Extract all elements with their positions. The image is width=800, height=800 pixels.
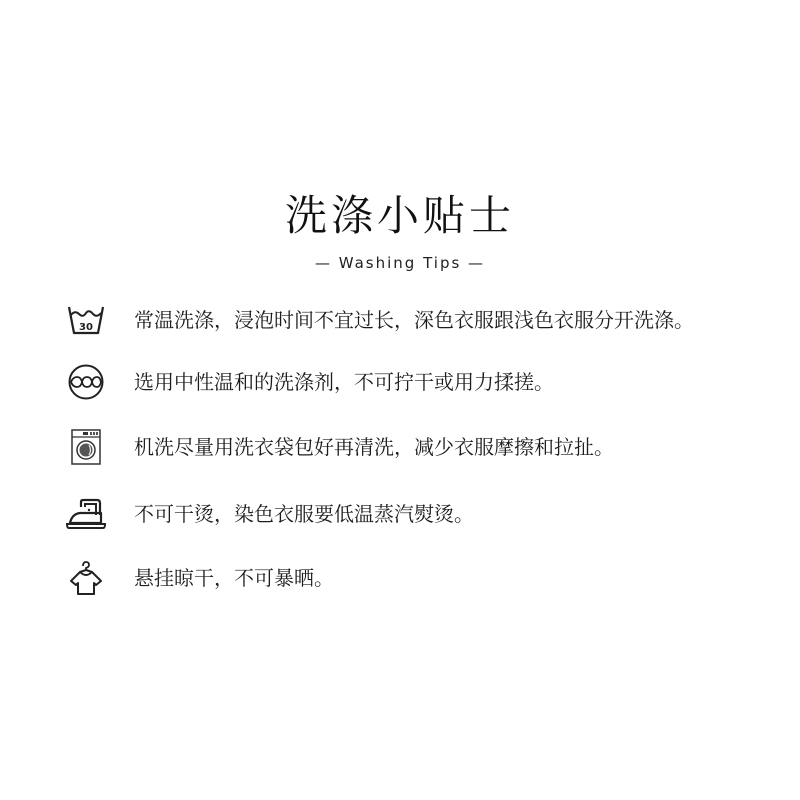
tip-item-wash-temperature: 30 常温洗涤，浸泡时间不宜过长，深色衣服跟浅色衣服分开洗涤。 xyxy=(62,300,694,340)
tip-item-detergent: 选用中性温和的洗涤剂，不可拧干或用力揉搓。 xyxy=(62,362,554,402)
tip-item-hang-dry: 悬挂晾干，不可暴晒。 xyxy=(62,558,334,598)
tip-text: 不可干烫，染色衣服要低温蒸汽熨烫。 xyxy=(134,494,474,534)
tips-list: 30 常温洗涤，浸泡时间不宜过长，深色衣服跟浅色衣服分开洗涤。 选用中性温和的洗… xyxy=(0,0,800,800)
wash-30-icon: 30 xyxy=(62,300,110,340)
tip-text: 选用中性温和的洗涤剂，不可拧干或用力揉搓。 xyxy=(134,362,554,402)
tip-item-machine-wash: 机洗尽量用洗衣袋包好再清洗，减少衣服摩擦和拉扯。 xyxy=(62,427,614,467)
tip-text: 悬挂晾干，不可暴晒。 xyxy=(134,558,334,598)
no-wring-icon xyxy=(62,362,110,402)
tip-text: 常温洗涤，浸泡时间不宜过长，深色衣服跟浅色衣服分开洗涤。 xyxy=(134,300,694,340)
tip-item-ironing: 不可干烫，染色衣服要低温蒸汽熨烫。 xyxy=(62,494,474,534)
washing-machine-icon xyxy=(62,427,110,467)
hang-dry-icon xyxy=(62,558,110,598)
wash-temp-label: 30 xyxy=(79,322,93,333)
iron-icon xyxy=(62,494,110,534)
tip-text: 机洗尽量用洗衣袋包好再清洗，减少衣服摩擦和拉扯。 xyxy=(134,427,614,467)
